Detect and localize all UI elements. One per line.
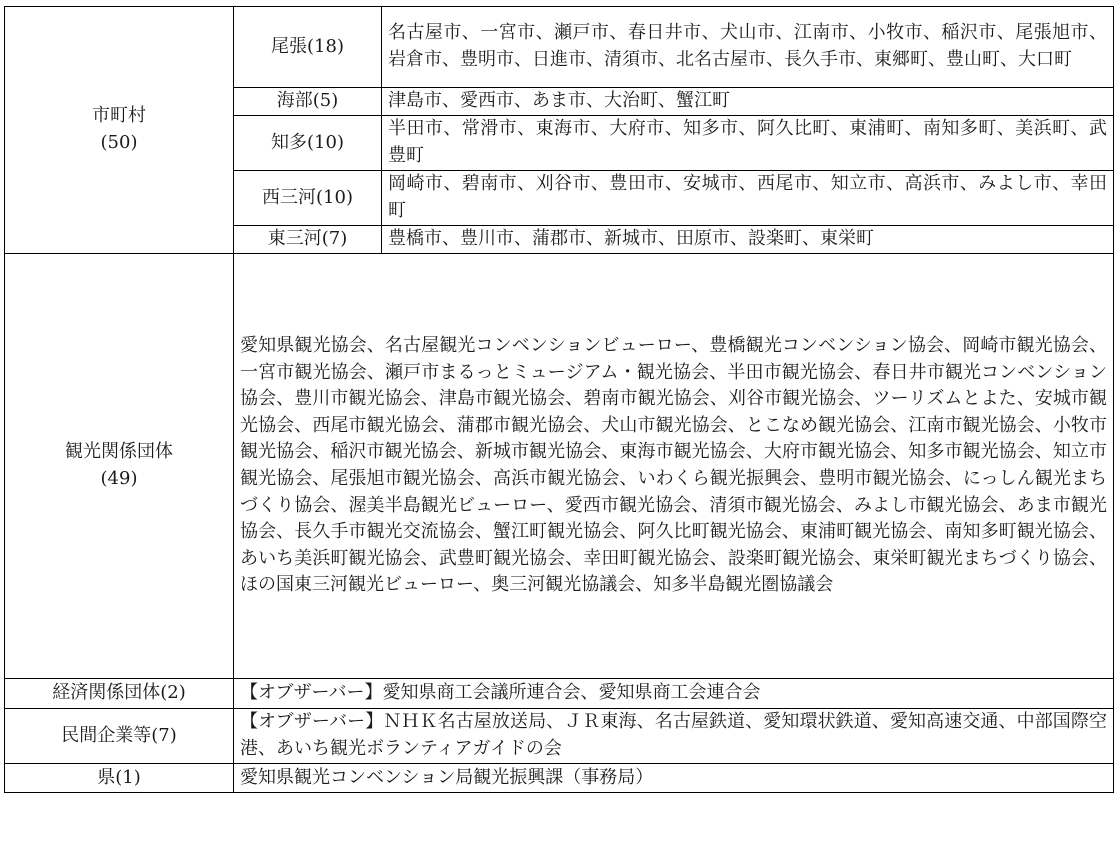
category-label: 市町村 <box>11 103 227 130</box>
region-members: 豊橋市、豊川市、蒲郡市、新城市、田原市、設楽町、東栄町 <box>382 226 1114 254</box>
membership-table: 市町村 (50) 尾張(18) 名古屋市、一宮市、瀬戸市、春日井市、犬山市、江南… <box>4 6 1114 793</box>
economic-orgs-members: 【オブザーバー】愛知県商工会議所連合会、愛知県商工会連合会 <box>234 679 1114 709</box>
category-count: (49) <box>11 466 227 493</box>
private-companies-members: 【オブザーバー】ＮＨＫ名古屋放送局、ＪＲ東海、名古屋鉄道、愛知環状鉄道、愛知高速… <box>234 709 1114 764</box>
region-label: 海部(5) <box>234 88 382 116</box>
table-row: 市町村 (50) 尾張(18) 名古屋市、一宮市、瀬戸市、春日井市、犬山市、江南… <box>5 7 1114 88</box>
region-label: 知多(10) <box>234 116 382 171</box>
table-row: 経済関係団体(2) 【オブザーバー】愛知県商工会議所連合会、愛知県商工会連合会 <box>5 679 1114 709</box>
table-row: 民間企業等(7) 【オブザーバー】ＮＨＫ名古屋放送局、ＪＲ東海、名古屋鉄道、愛知… <box>5 709 1114 764</box>
prefecture-category: 県(1) <box>5 764 234 793</box>
municipalities-category-cell: 市町村 (50) <box>5 7 234 254</box>
private-companies-category: 民間企業等(7) <box>5 709 234 764</box>
region-label: 尾張(18) <box>234 7 382 88</box>
prefecture-members: 愛知県観光コンベンション局観光振興課（事務局） <box>234 764 1114 793</box>
tourism-orgs-category-cell: 観光関係団体 (49) <box>5 254 234 679</box>
category-count: (50) <box>11 130 227 157</box>
tourism-orgs-members: 愛知県観光協会、名古屋観光コンベンションビューロー、豊橋観光コンベンション協会、… <box>234 254 1114 679</box>
region-members: 岡崎市、碧南市、刈谷市、豊田市、安城市、西尾市、知立市、高浜市、みよし市、幸田町 <box>382 171 1114 226</box>
economic-orgs-category: 経済関係団体(2) <box>5 679 234 709</box>
table-row: 県(1) 愛知県観光コンベンション局観光振興課（事務局） <box>5 764 1114 793</box>
region-label: 東三河(7) <box>234 226 382 254</box>
region-members: 名古屋市、一宮市、瀬戸市、春日井市、犬山市、江南市、小牧市、稲沢市、尾張旭市、岩… <box>382 7 1114 88</box>
region-members: 津島市、愛西市、あま市、大治町、蟹江町 <box>382 88 1114 116</box>
table-row: 観光関係団体 (49) 愛知県観光協会、名古屋観光コンベンションビューロー、豊橋… <box>5 254 1114 679</box>
region-label: 西三河(10) <box>234 171 382 226</box>
region-members: 半田市、常滑市、東海市、大府市、知多市、阿久比町、東浦町、南知多町、美浜町、武豊… <box>382 116 1114 171</box>
category-label: 観光関係団体 <box>11 439 227 466</box>
